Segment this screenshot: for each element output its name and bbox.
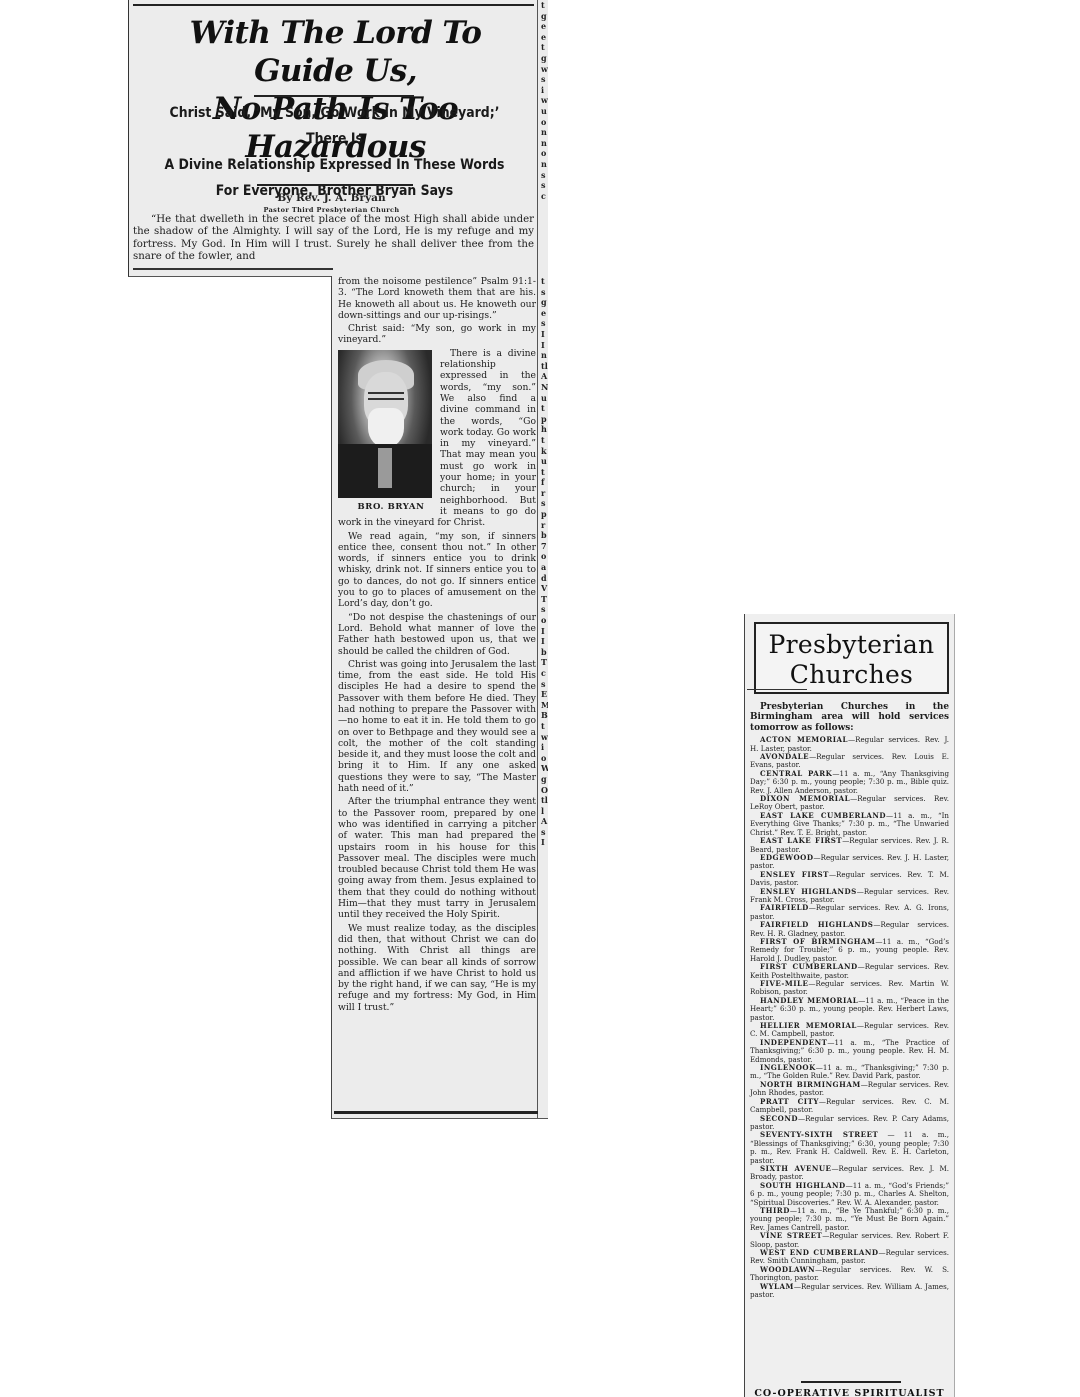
church-entry: WYLAM—Regular services. Rev. William A. … [750,1283,949,1300]
paragraph: “Do not despise the chastenings of our L… [338,612,536,657]
church-list: Presbyterian Churches in the Birmingham … [750,702,949,1299]
church-entry: ENSLEY HIGHLANDS—Regular services. Rev. … [750,888,949,905]
article-clipping-column: tsgesIIntl ANu tphtkutfr spr b7oad VTsoI… [331,276,548,1119]
deck-line-2: A Divine Relationship Expressed In These… [163,152,506,178]
paragraph: Christ said: “My son, go work in my vine… [338,323,536,346]
church-entry: THIRD—11 a. m., “Be Ye Thankful;” 6:30 p… [750,1207,949,1232]
deck-line-1: Christ Said, ‘My Son, Go Work In My Vine… [163,100,506,152]
church-entry: NORTH BIRMINGHAM—Regular services. Rev. … [750,1081,949,1098]
church-entry: AVONDALE—Regular services. Rev. Louis E.… [750,753,949,770]
heading-underline [747,689,807,690]
church-entry: FIVE-MILE—Regular services. Rev. Martin … [750,980,949,997]
church-listings-clipping: Presbyterian Churches Presbyterian Churc… [744,614,955,1397]
churches-heading-box: Presbyterian Churches [754,622,949,694]
section-end-rule [801,1381,901,1383]
church-entry: HANDLEY MEMORIAL—11 a. m., “Peace in the… [750,997,949,1022]
paragraph: After the triumphal entrance they went t… [338,796,536,920]
heading-line-2: Churches [756,660,947,690]
lead-paragraph: “He that dwelleth in the secret place of… [133,214,534,264]
church-entry: INGLENOOK—11 a. m., “Thanksgiving;” 7:30… [750,1064,949,1081]
heading-line-1: Presbyterian [756,624,947,660]
church-entry: SOUTH HIGHLAND—11 a. m., “God’s Friends;… [750,1182,949,1207]
byline: By Rev. J. A. Bryan [129,192,534,204]
church-entry: INDEPENDENT—11 a. m., “The Practice of T… [750,1039,949,1064]
byline-title: Pastor Third Presbyterian Church [129,206,534,214]
church-entry: HELLIER MEMORIAL—Regular services. Rev. … [750,1022,949,1039]
headline-line-1: With The Lord To Guide Us, [137,14,534,90]
photo-caption: BRO. BRYAN [338,502,434,513]
church-entry: EDGEWOOD—Regular services. Rev. J. H. La… [750,854,949,871]
church-entry: DIXON MEMORIAL—Regular services. Rev. Le… [750,795,949,812]
column-divider [537,0,538,276]
church-entry: VINE STREET—Regular services. Rev. Rober… [750,1232,949,1249]
church-entry: WOODLAWN—Regular services. Rev. W. S. Th… [750,1266,949,1283]
church-entry: EAST LAKE CUMBERLAND—11 a. m., “In Every… [750,812,949,837]
church-entry: FAIRFIELD HIGHLANDS—Regular services. Re… [750,921,949,938]
article-end-rule [334,1111,538,1114]
column-divider [537,276,538,1118]
article-deck: Christ Said, ‘My Son, Go Work In My Vine… [163,100,506,204]
paragraph: Christ was going into Jerusalem the last… [338,659,536,795]
church-entry: SIXTH AVENUE—Regular services. Rev. J. M… [750,1165,949,1182]
church-entry: PRATT CITY—Regular services. Rev. C. M. … [750,1098,949,1115]
deck-rule [257,184,413,186]
church-entry: SECOND—Regular services. Rev. P. Cary Ad… [750,1115,949,1132]
church-entry: FAIRFIELD—Regular services. Rev. A. G. I… [750,904,949,921]
article-body: from the noisome pestilence” Psalm 91:1-… [338,276,536,1015]
paragraph: from the noisome pestilence” Psalm 91:1-… [338,276,536,321]
photo-figure: BRO. BRYAN [338,350,434,513]
next-section-heading: CO-OPERATIVE SPIRITUALIST [745,1388,954,1397]
church-entry: EAST LAKE FIRST—Regular services. Rev. J… [750,837,949,854]
church-entry: WEST END CUMBERLAND—Regular services. Re… [750,1249,949,1266]
paragraph: We must realize today, as the disciples … [338,923,536,1013]
paragraph-with-photo: BRO. BRYAN There is a divine relationshi… [338,348,536,529]
church-list-intro: Presbyterian Churches in the Birmingham … [750,702,949,733]
church-entry: FIRST OF BIRMINGHAM—11 a. m., “God’s Rem… [750,938,949,963]
lead-rule [133,268,333,270]
adjacent-column-fragments: tgeetgwsiwuonnonssc [539,0,548,276]
top-rule [133,4,534,6]
church-entry: ENSLEY FIRST—Regular services. Rev. T. M… [750,871,949,888]
adjacent-column-fragments: tsgesIIntl ANu tphtkutfr spr b7oad VTsoI… [539,276,548,1118]
church-entry: SEVENTY-SIXTH STREET — 11 a. m., “Blessi… [750,1131,949,1165]
church-entries: ACTON MEMORIAL—Regular services. Rev. J.… [750,736,949,1299]
portrait-photo [338,350,432,498]
article-clipping-top: tgeetgwsiwuonnonssc With The Lord To Gui… [128,0,548,277]
church-entry: ACTON MEMORIAL—Regular services. Rev. J.… [750,736,949,753]
headline-rule [254,95,414,97]
church-entry: FIRST CUMBERLAND—Regular services. Rev. … [750,963,949,980]
church-entry: CENTRAL PARK—11 a. m., “Any Thanksgiving… [750,770,949,795]
paragraph: We read again, “my son, if sinners entic… [338,531,536,610]
